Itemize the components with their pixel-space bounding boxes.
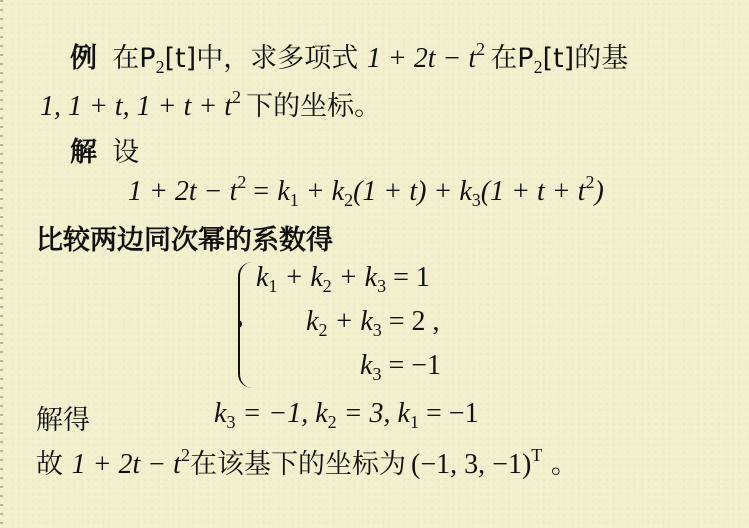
var: + k [277,262,322,293]
system-row-1: k1 + k2 + k3 = 1 [256,262,430,297]
example-text: [t]的基 [543,43,629,74]
subscript: 2 [344,190,353,210]
var: + k [332,262,377,293]
coordinates: (−1, 3, −1) [411,449,531,480]
solved-values: k3 = −1, k2 = 3, k1 = −1 [214,398,479,433]
compare-label: 比较两边同次幂的系数得 [36,225,333,256]
var: + k [327,306,372,337]
superscript: 2 [232,87,241,107]
var: = −1, k [235,398,327,429]
equation-part: (1 + t) + k [353,176,472,207]
equation-part: (1 + t + t [481,176,586,207]
transpose-superscript: T [531,445,542,465]
brace-icon [238,262,256,388]
rhs: = −1 [381,350,441,381]
equation-part: = k [251,176,289,207]
subscript: 3 [472,190,481,210]
superscript: 2 [237,172,246,192]
subscript: 3 [373,320,382,340]
var: k [214,398,226,429]
subscript: 2 [323,276,332,296]
example-text: 在P [490,43,533,74]
compare-text: 比较两边同次幂的系数得 [36,218,333,257]
conclusion-text: 在该基下的坐标为 [190,449,406,480]
solution-header: 解 设 [70,130,139,169]
example-text: [t]中，求多项式 [165,43,367,74]
solved-line: 解得 [36,398,90,437]
system-row-3: k3 = −1 [360,350,441,385]
var: k [306,306,318,337]
conclusion-text: 故 [36,449,72,480]
main-equation: 1 + 2t − t2 = k1 + k2(1 + t) + k3(1 + t … [128,172,604,211]
example-label: 例 [70,43,97,74]
subscript: 2 [534,57,543,77]
rhs: = 1 [386,262,430,293]
rhs: = 2 , [382,306,440,337]
equation-part: ) [594,176,603,207]
set-text: 设 [112,137,139,168]
superscript: 2 [181,445,190,465]
conclusion-line: 故 1 + 2t − t2在该基下的坐标为 (−1, 3, −1)T 。 [36,442,578,481]
equation-lhs: 1 + 2t − t [128,176,237,207]
value: = −1 [419,398,479,429]
example-text: 下的坐标。 [246,91,381,122]
polynomial: 1 + 2t − t [72,449,181,480]
system-row-2: k2 + k3 = 2 , [306,306,440,341]
subscript: 1 [410,412,419,432]
var: k [256,262,268,293]
example-text: 在P [112,43,155,74]
example-line-1: 例 在P2[t]中，求多项式 1 + 2t − t2 在P2[t]的基 [70,36,628,78]
subscript: 2 [156,57,165,77]
polynomial: 1 + 2t − t [367,43,476,74]
conclusion-end: 。 [542,449,578,480]
page-edge-decoration [0,0,3,528]
subscript: 3 [377,276,386,296]
subscript: 1 [290,190,299,210]
solved-label: 解得 [36,405,90,436]
equation-part: + k [299,176,344,207]
var: = 3, k [337,398,410,429]
var: k [360,350,372,381]
subscript: 2 [328,412,337,432]
basis: 1, 1 + t, 1 + t + t [40,91,232,122]
solution-label: 解 [70,137,97,168]
example-line-2: 1, 1 + t, 1 + t + t2 下的坐标。 [40,84,381,123]
superscript: 2 [476,39,485,59]
